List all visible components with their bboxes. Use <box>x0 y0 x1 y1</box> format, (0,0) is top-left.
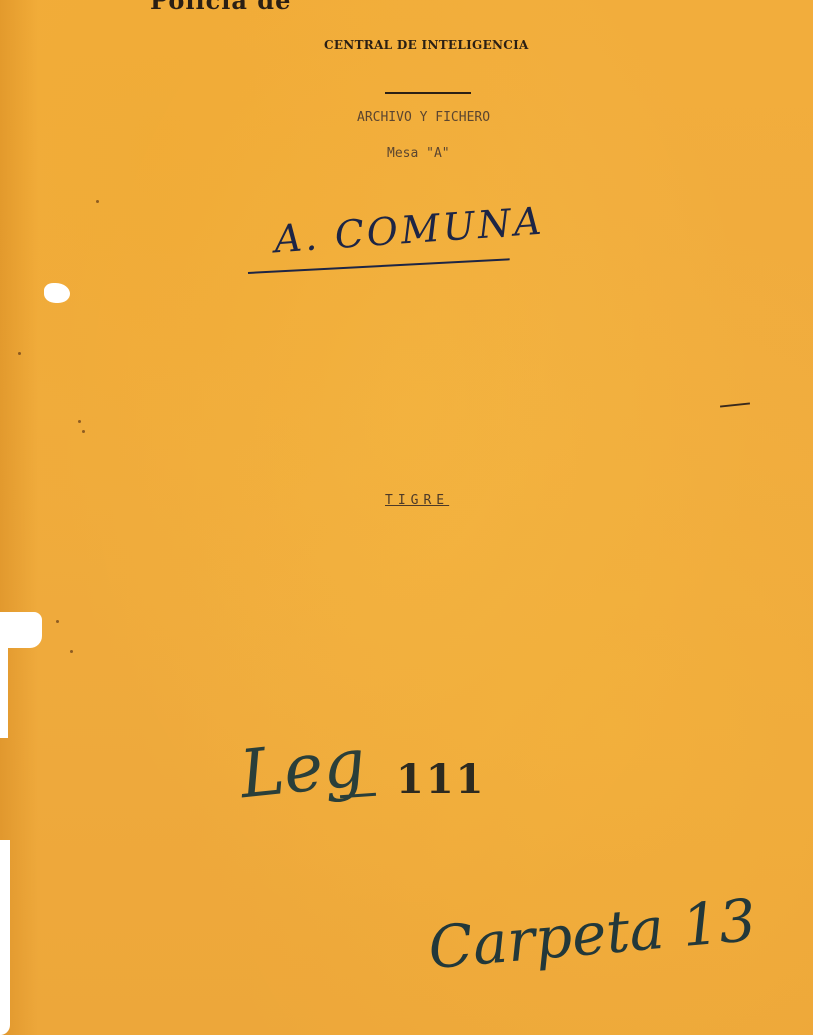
paper-stain <box>96 200 99 203</box>
department-title: CENTRAL DE INTELIGENCIA <box>324 38 529 52</box>
section-label: ARCHIVO Y FICHERO <box>357 110 490 125</box>
paper-stain <box>18 352 21 355</box>
folder-cover: Policía de CENTRAL DE INTELIGENCIA ARCHI… <box>0 0 813 1035</box>
legajo-number-stamp: 111 <box>396 756 486 803</box>
paper-stain <box>82 430 85 433</box>
carpeta-handwritten: Carpeta 13 <box>426 886 759 982</box>
paper-tear <box>0 648 8 738</box>
subject-handwritten: A. COMUNA <box>273 199 546 262</box>
paper-tear <box>0 612 42 648</box>
paper-tear <box>44 283 70 303</box>
legajo-prefix: Leg <box>236 724 369 814</box>
pen-mark <box>720 402 750 407</box>
paper-tear <box>0 840 10 1035</box>
subject-underline <box>248 258 510 274</box>
divider-line <box>385 92 471 94</box>
header-cut-off: Policía de <box>150 0 291 15</box>
paper-stain <box>78 420 81 423</box>
desk-label: Mesa "A" <box>387 146 450 161</box>
location-label: TIGRE <box>385 493 449 508</box>
paper-stain <box>70 650 73 653</box>
paper-stain <box>56 620 59 623</box>
